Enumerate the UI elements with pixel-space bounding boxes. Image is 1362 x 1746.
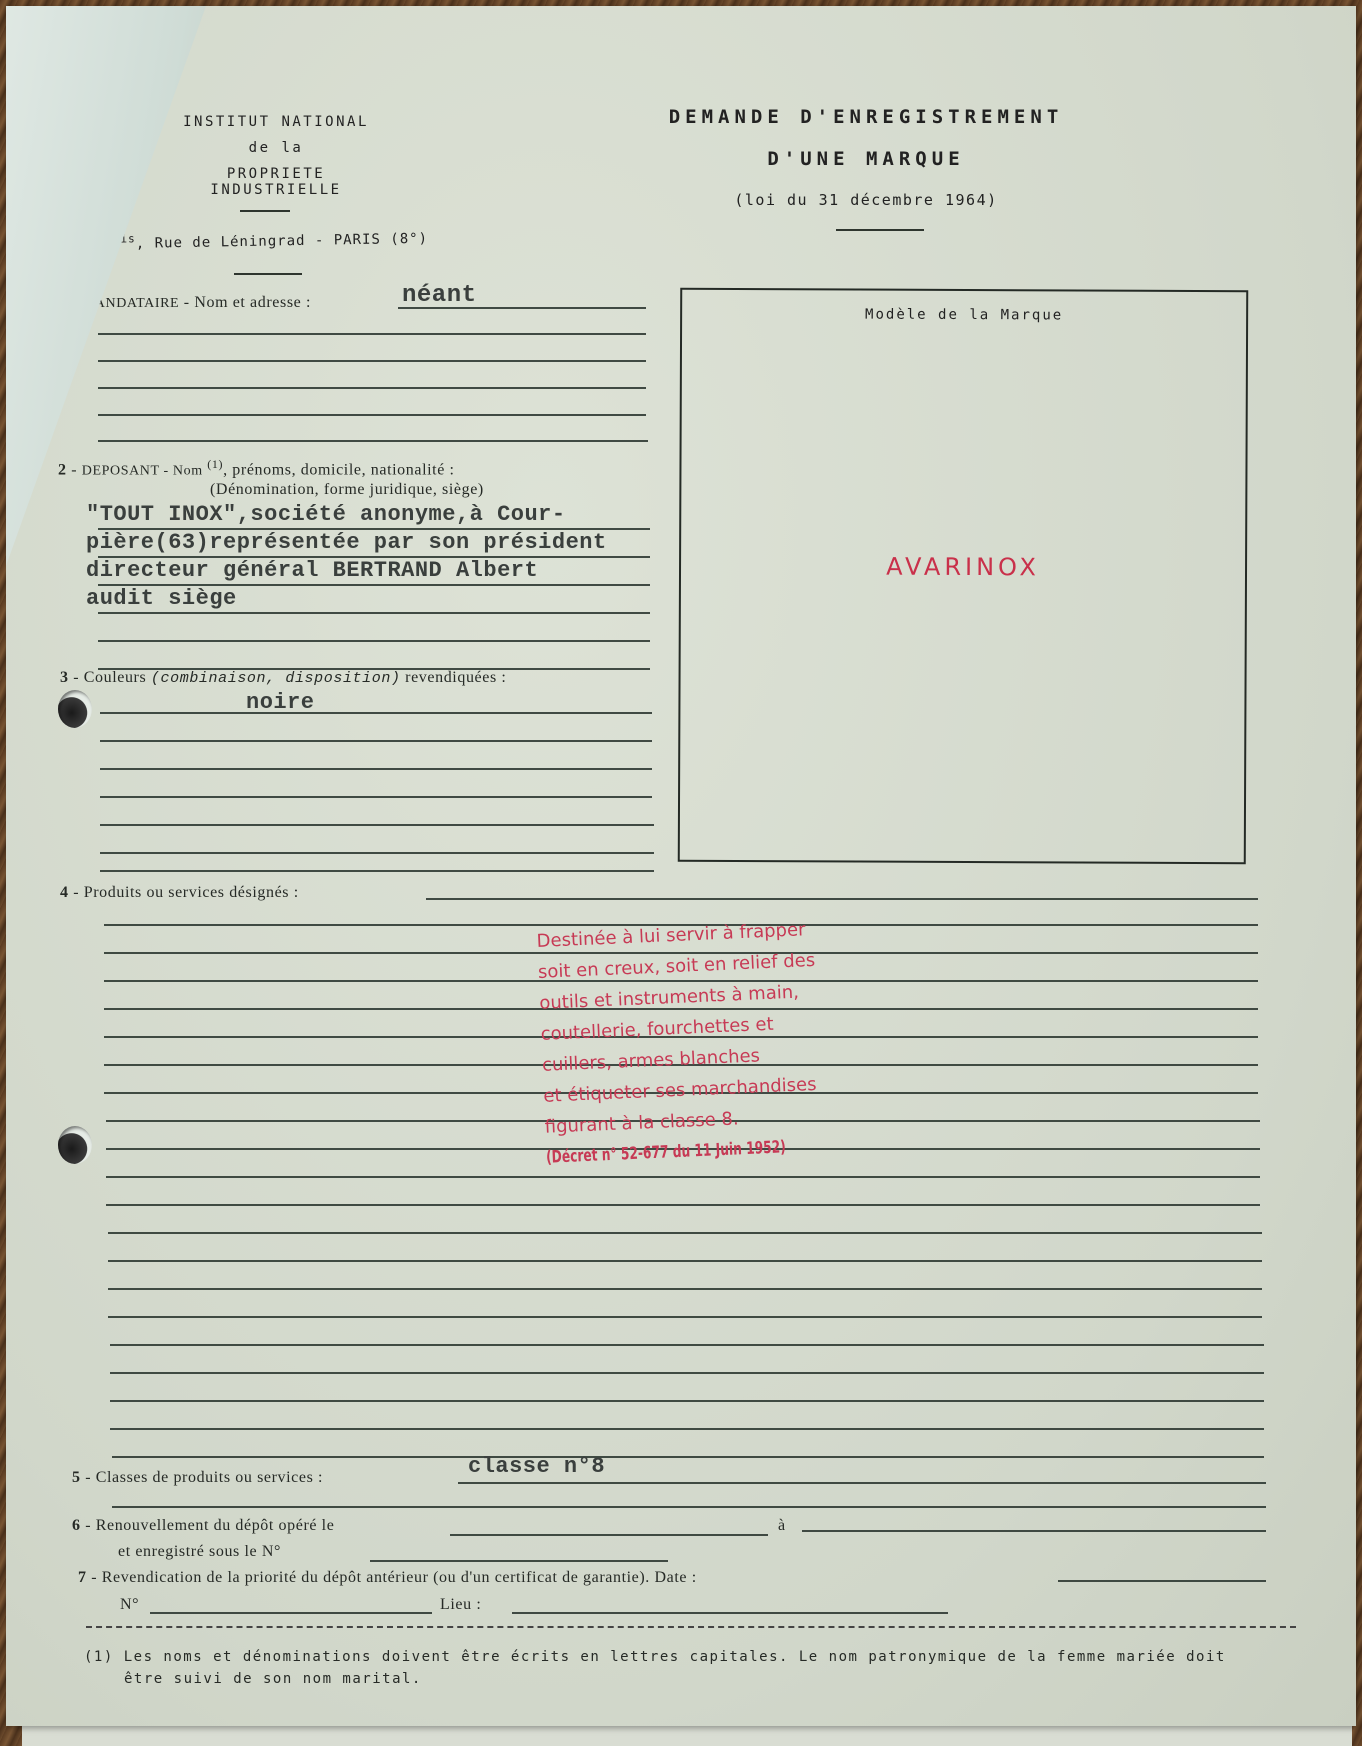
section6-label: 6 - Renouvellement du dépôt opéré le [72,1517,334,1535]
institute-line3: PROPRIETE INDUSTRIELLE [156,166,396,198]
registration-number-field[interactable] [370,1560,668,1562]
agent-address-line[interactable] [98,360,646,362]
section2-label: 2 - DEPOSANT - Nom (1), prénoms, domicil… [58,457,455,479]
agent-address-line[interactable] [98,387,646,389]
priority-place-label: Lieu : [440,1596,481,1614]
colors-field-line[interactable] [100,740,652,742]
renewal-date-field[interactable] [450,1534,768,1536]
form-law-reference: (loi du 31 décembre 1964) [606,191,1126,209]
classes-value[interactable]: classe n°8 [468,1454,605,1479]
footnote-line1: (1) Les noms et dénominations doivent êt… [84,1646,1314,1668]
footnote-separator [86,1626,1296,1628]
priority-number-label: N° [120,1596,139,1614]
colors-field-line[interactable] [100,796,652,798]
applicant-line-3[interactable]: directeur général BERTRAND Albert [86,558,538,583]
products-field-line[interactable] [108,1288,1262,1290]
applicant-line-4[interactable]: audit siège [86,586,237,611]
products-field-line[interactable] [110,1428,1264,1430]
footnote-line2: être suivi de son nom marital. [84,1668,1314,1690]
products-field-line[interactable] [110,1372,1264,1374]
address-divider [234,273,302,275]
agent-address-line[interactable] [98,414,646,416]
classes-field-line[interactable] [112,1506,1266,1508]
form-title-line2: D'UNE MARQUE [606,148,1126,170]
red-stamp-products-description: Destinée à lui servir à frapper soit en … [536,912,867,1174]
products-field-line[interactable] [106,1176,1260,1178]
header-divider [240,210,290,212]
renewal-place-field[interactable] [802,1530,1266,1532]
punch-hole [58,1126,92,1164]
section5-label: 5 - Classes de produits ou services : [72,1469,323,1487]
title-divider [836,229,924,231]
trademark-application-form: INSTITUT NATIONAL de la PROPRIETE INDUST… [6,6,1356,1726]
priority-place-field[interactable] [512,1612,948,1614]
form-title: DEMANDE D'ENREGISTREMENT [606,106,1126,128]
applicant-line-1[interactable]: "TOUT INOX",société anonyme,à Cour- [86,502,566,527]
institute-line2: de la [156,140,396,156]
applicant-line-2[interactable]: pière(63)représentée par son président [86,530,607,555]
section7-label: 7 - Revendication de la priorité du dépô… [78,1569,697,1587]
colors-field-line[interactable] [100,852,654,854]
trademark-text: AVARINOX [681,552,1245,582]
products-field-line[interactable] [108,1316,1262,1318]
classes-field-line[interactable] [458,1482,1266,1484]
products-field-line[interactable] [112,1456,1264,1458]
agent-name-value[interactable]: néant [402,282,477,309]
institute-name: INSTITUT NATIONAL de la PROPRIETE INDUST… [156,114,396,198]
renewal-place-label: à [778,1517,786,1535]
products-field-line[interactable] [110,1400,1264,1402]
registration-number-label: et enregistré sous le N° [118,1543,281,1561]
products-field-line[interactable] [110,1344,1264,1346]
products-field-line[interactable] [106,1204,1260,1206]
agent-field-line[interactable] [398,307,646,309]
mark-model-caption: Modèle de la Marque [682,306,1246,324]
applicant-field-line[interactable] [98,612,650,614]
punch-hole [58,690,92,728]
applicant-field-line[interactable] [98,640,650,642]
colors-field-line[interactable] [100,712,652,714]
colors-field-line[interactable] [100,768,652,770]
section3-label: 3 - Couleurs (combinaison, disposition) … [60,669,506,687]
mark-model-box[interactable]: Modèle de la Marque AVARINOX [678,288,1248,864]
folded-page-corner [6,6,206,566]
products-field-line[interactable] [426,898,1258,900]
section2-sublabel: (Dénomination, forme juridique, siège) [210,481,484,499]
section4-label: 4 - Produits ou services désignés : [60,884,299,902]
institute-line1: INSTITUT NATIONAL [156,114,396,130]
priority-number-field[interactable] [150,1612,432,1614]
priority-date-field[interactable] [1058,1580,1266,1582]
products-field-line[interactable] [108,1260,1262,1262]
colors-field-line[interactable] [100,870,654,872]
agent-address-line[interactable] [98,440,648,442]
colors-field-line[interactable] [100,824,654,826]
products-field-line[interactable] [108,1232,1262,1234]
footnote: (1) Les noms et dénominations doivent êt… [84,1646,1314,1690]
agent-address-line[interactable] [98,333,646,335]
institute-address: 26bis, Rue de Léningrad - PARIS (8°) [94,227,428,252]
